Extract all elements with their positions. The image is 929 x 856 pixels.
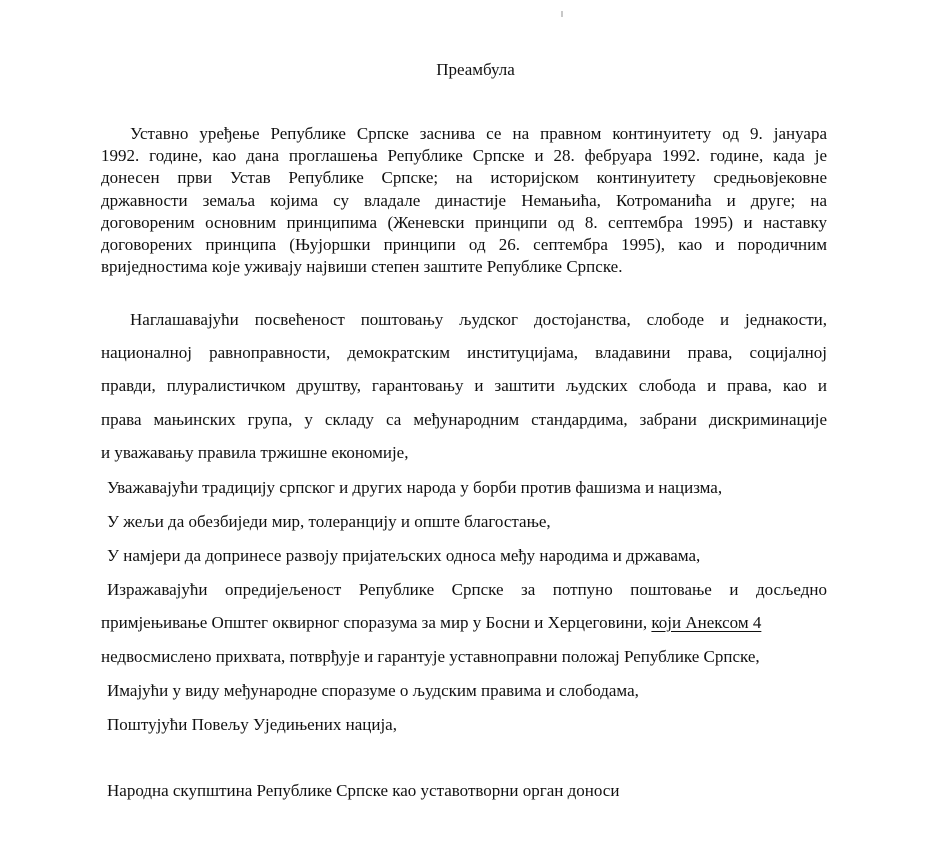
- underlined-annex-reference: који Анексом 4: [651, 613, 761, 632]
- clause-un-charter: Поштујући Повељу Уједињених нација,: [107, 715, 397, 735]
- paragraph-line: Наглашавајући посвећеност поштовању људс…: [130, 310, 827, 330]
- paragraph-line: и уважавању правила тржишне економије,: [101, 443, 408, 463]
- document-title: Преамбула: [0, 60, 929, 80]
- paragraph-line: донесен први Устав Републике Српске; на …: [101, 168, 827, 188]
- paragraph-line: Уставно уређење Републике Српске заснива…: [130, 124, 827, 144]
- paragraph-line: вриједностима које уживају највиши степе…: [101, 257, 622, 277]
- paragraph-line: националној равноправности, демократским…: [101, 343, 827, 363]
- document-page: Преамбула Уставно уређење Републике Српс…: [0, 0, 929, 856]
- paragraph-line: договорених принципа (Њујоршки принципи …: [101, 235, 827, 255]
- paragraph-line-text: примјењивање Општег оквирног споразума з…: [101, 613, 651, 632]
- paragraph-line: Изражавајући опредијељеност Републике Ср…: [107, 580, 827, 600]
- paragraph-line: 1992. године, као дана проглашења Републ…: [101, 146, 827, 166]
- paragraph-line: недвосмислено прихвата, потврђује и гара…: [101, 647, 760, 667]
- closing-statement: Народна скупштина Републике Српске као у…: [107, 781, 619, 801]
- clause-friendly-relations: У намјери да допринесе развоју пријатељс…: [107, 546, 700, 566]
- scan-artifact: [561, 11, 563, 17]
- paragraph-line: државности земаља којима су владале дина…: [101, 191, 827, 211]
- paragraph-line: права мањинских група, у складу са међун…: [101, 410, 827, 430]
- clause-human-rights-agreements: Имајући у виду међународне споразуме о љ…: [107, 681, 639, 701]
- clause-tradition: Уважавајући традицију српског и других н…: [107, 478, 722, 498]
- clause-peace: У жељи да обезбиједи мир, толеранцију и …: [107, 512, 551, 532]
- paragraph-line: примјењивање Општег оквирног споразума з…: [101, 613, 761, 633]
- paragraph-line: правди, плуралистичком друштву, гарантов…: [101, 376, 827, 396]
- paragraph-line: договореним основним принципима (Женевск…: [101, 213, 827, 233]
